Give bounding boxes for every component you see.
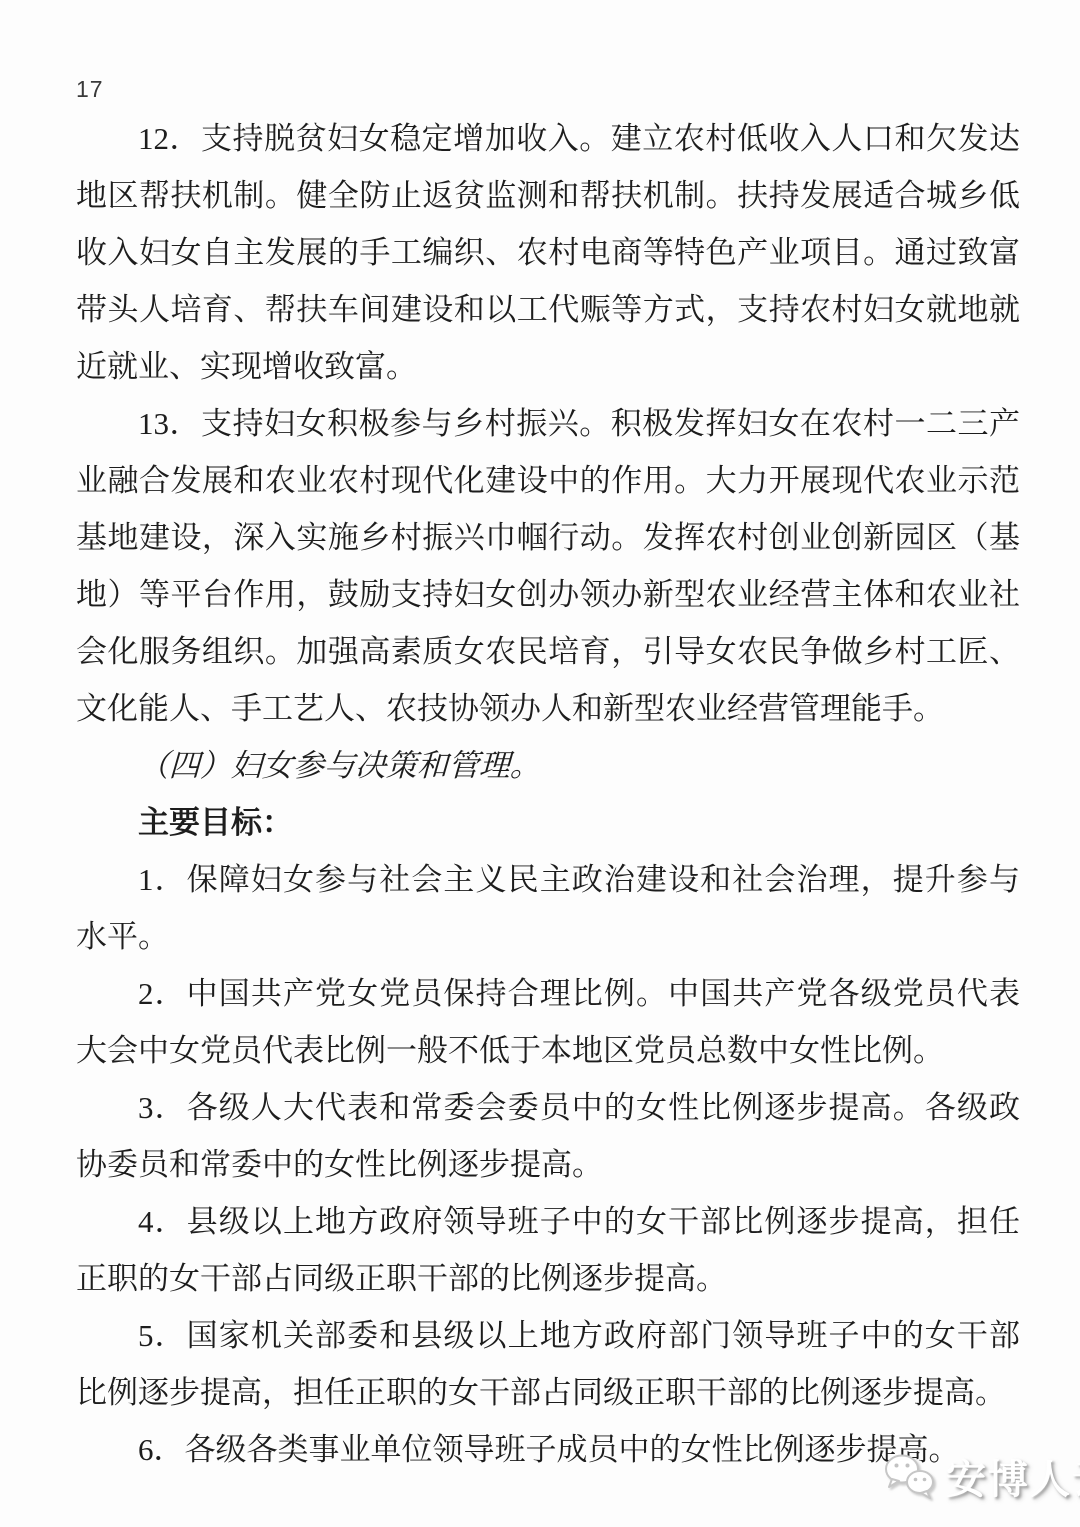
document-body: 12．支持脱贫妇女稳定增加收入。建立农村低收入人口和欠发达地区帮扶机制。健全防止… [76,110,1020,1478]
paragraph: 6．各级各类事业单位领导班子成员中的女性比例逐步提高。 [76,1421,1020,1478]
paragraph: 2．中国共产党女党员保持合理比例。中国共产党各级党员代表大会中女党员代表比例一般… [76,965,1020,1079]
paragraph: 5．国家机关部委和县级以上地方政府部门领导班子中的女干部比例逐步提高，担任正职的… [76,1307,1020,1421]
paragraph: （四）妇女参与决策和管理。 [75,737,1021,794]
paragraph: 主要目标： [76,794,1020,851]
watermark-label: 安博人云 [946,1448,1080,1505]
paragraph: 12．支持脱贫妇女稳定增加收入。建立农村低收入人口和欠发达地区帮扶机制。健全防止… [76,110,1020,395]
watermark: 安博人云 [882,1448,1080,1505]
paragraph: 4．县级以上地方政府领导班子中的女干部比例逐步提高，担任正职的女干部占同级正职干… [76,1193,1020,1307]
paragraph: 1．保障妇女参与社会主义民主政治建设和社会治理，提升参与水平。 [76,851,1020,965]
paragraph: 13．支持妇女积极参与乡村振兴。积极发挥妇女在农村一二三产业融合发展和农业农村现… [76,395,1020,737]
page-number: 17 [76,76,104,103]
paragraph: 3．各级人大代表和常委会委员中的女性比例逐步提高。各级政协委员和常委中的女性比例… [76,1079,1020,1193]
wechat-icon [882,1452,938,1502]
document-page: 17 12．支持脱贫妇女稳定增加收入。建立农村低收入人口和欠发达地区帮扶机制。健… [0,0,1080,1527]
